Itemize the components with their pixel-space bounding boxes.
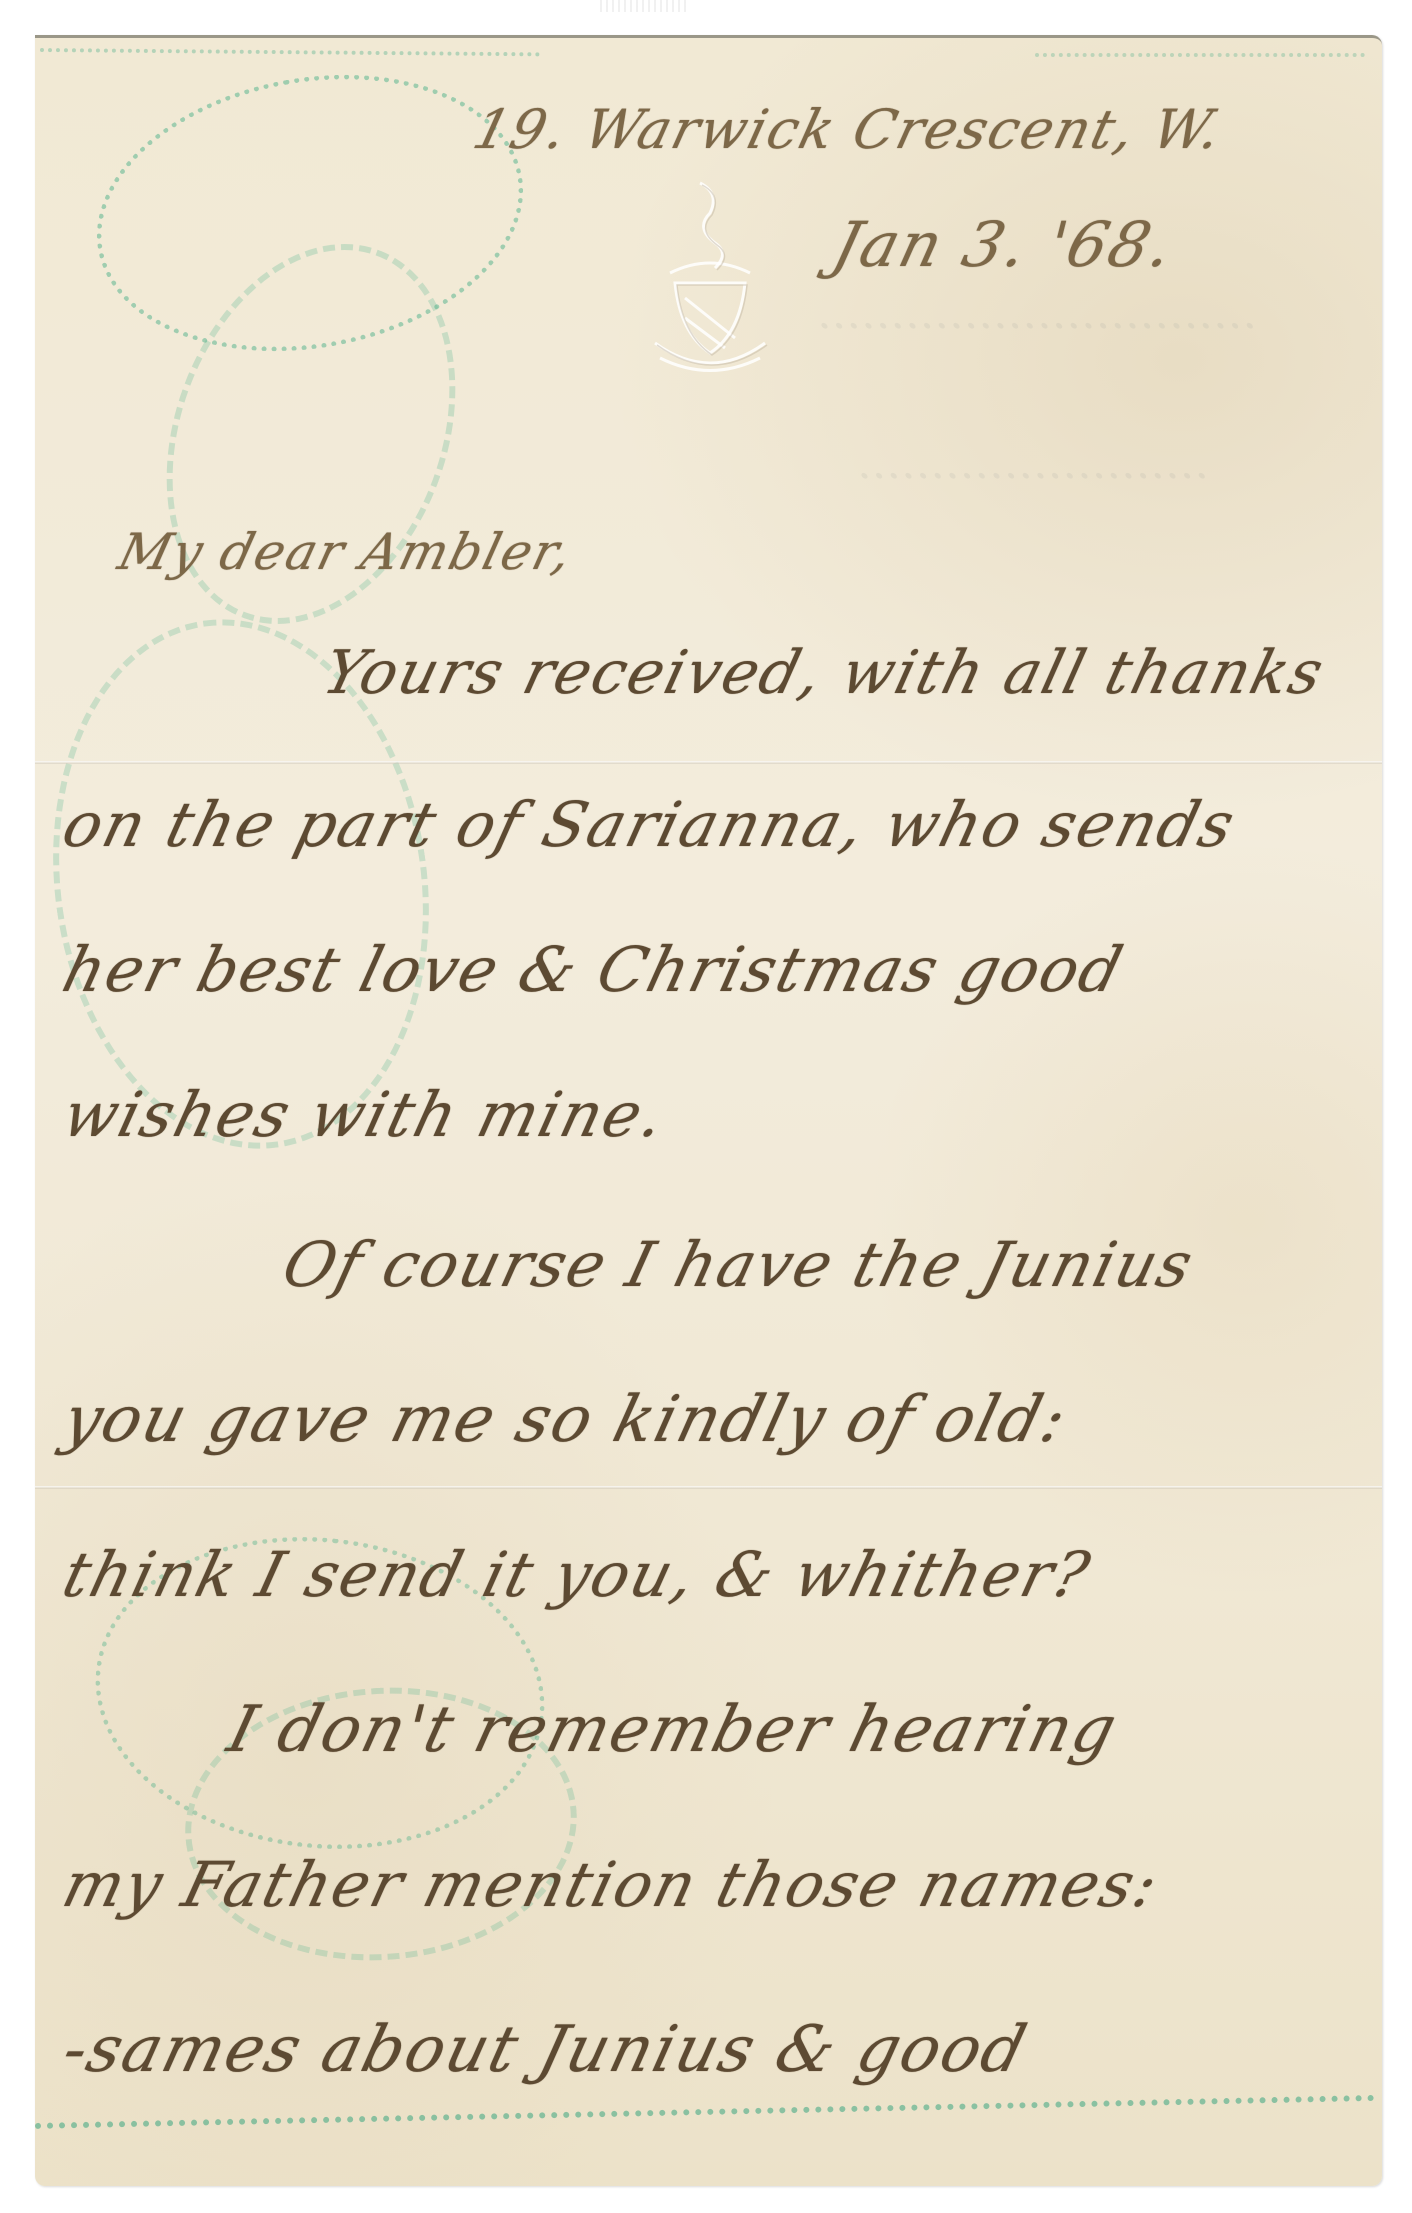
letter-line: on the part of Sarianna, who sends	[56, 788, 1243, 861]
green-stain-bottom	[35, 2095, 1375, 2129]
letter-salutation: My dear Ambler,	[113, 523, 579, 581]
letter-date: Jan 3. '68.	[826, 208, 1182, 281]
letter-line: I don't remember hearing	[221, 1693, 1125, 1767]
letter-line: her best love & Christmas good	[56, 933, 1131, 1006]
letter-line: -sames about Junius & good	[56, 2013, 1035, 2087]
show-through-text: ……………………	[851, 438, 1212, 489]
fold-crease	[35, 1486, 1382, 1489]
letter-address: 19. Warwick Crescent, W.	[467, 98, 1229, 161]
green-stain-top	[40, 48, 540, 56]
letter-line: you gave me so kindly of old:	[56, 1383, 1075, 1457]
letter-line: think I send it you, & whither?	[56, 1538, 1098, 1611]
letter-line: Yours received, with all thanks	[316, 638, 1332, 708]
green-stain	[116, 203, 506, 664]
embossed-crest-icon	[640, 173, 780, 383]
letter-line: my Father mention those names:	[56, 1848, 1167, 1921]
letter-line: Of course I have the Junius	[276, 1228, 1202, 1301]
letter-page: ………………………… …………………… 19. Warwick Crescent…	[35, 35, 1382, 2186]
fold-crease	[35, 761, 1382, 764]
scanner-artifact	[600, 0, 690, 12]
show-through-text: …………………………	[811, 288, 1260, 339]
letter-line: wishes with mine.	[56, 1078, 673, 1151]
green-stain-top-right	[1035, 53, 1365, 57]
green-stain	[75, 43, 545, 384]
